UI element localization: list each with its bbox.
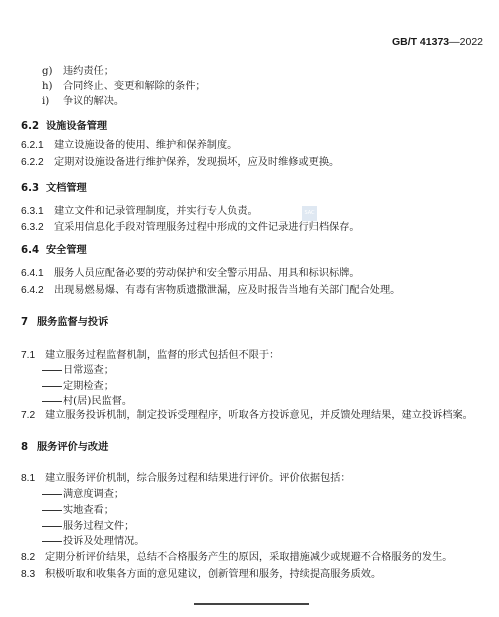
standard-code: GB/T 41373 [392, 36, 449, 48]
clause-number: 6.4.2 [21, 284, 44, 297]
clause-number: 6.2.1 [21, 139, 44, 152]
dash-list-item: 村(居)民监督。 [42, 395, 132, 408]
standard-year: —2022 [449, 36, 483, 48]
dash-list-item: 实地查看； [42, 504, 114, 517]
sac-watermark: SAC [302, 206, 317, 221]
section-number: 6.4 [21, 244, 39, 257]
chapter-heading: 服务监督与投诉 [37, 316, 108, 329]
clause-text: 出现易燃易爆、有毒有害物质遗撒泄漏，应及时报告当地有关部门配合处理。 [54, 284, 400, 297]
clause-text: 积极听取和收集各方面的意见建议，创新管理和服务，持续提高服务质效。 [45, 568, 381, 581]
clause-number: 8.3 [21, 568, 35, 581]
clause-number: 8.2 [21, 551, 35, 564]
clause-number: 6.4.1 [21, 267, 44, 280]
list-item-text: 合同终止、变更和解除的条件； [63, 80, 206, 93]
dash-list-item: 满意度调查； [42, 488, 124, 501]
list-item-text: 争议的解决。 [63, 95, 124, 108]
standard-number: GB/T 41373—2022 [392, 36, 483, 48]
clause-text: 建立服务评价机制，综合服务过程和结果进行评价。评价依据包括： [45, 472, 351, 485]
clause-text: 定期对设施设备进行维护保养，发现损坏，应及时维修或更换。 [54, 156, 339, 169]
section-heading: 文档管理 [46, 182, 87, 195]
clause-number: 7.2 [21, 409, 35, 422]
section-number: 6.2 [21, 120, 39, 133]
list-item-text: 违约责任； [63, 65, 114, 78]
clause-text: 服务人员应配备必要的劳动保护和安全警示用品、用具和标识标牌。 [54, 267, 360, 280]
dash-list-item: 定期检查； [42, 380, 114, 393]
list-marker: g) [42, 65, 53, 78]
clause-number: 6.3.2 [21, 221, 44, 234]
list-marker: i) [42, 95, 49, 108]
clause-text: 建立设施设备的使用、维护和保养制度。 [54, 139, 237, 152]
clause-number: 8.1 [21, 472, 35, 485]
section-heading: 安全管理 [46, 244, 87, 257]
clause-text: 建立服务投诉机制，制定投诉受理程序，听取各方投诉意见，并反馈处理结果，建立投诉档… [45, 409, 473, 422]
end-rule [194, 603, 309, 605]
dash-list-item: 服务过程文件； [42, 520, 134, 533]
section-heading: 设施设备管理 [46, 120, 107, 133]
dash-list-item: 日常巡查； [42, 364, 114, 377]
chapter-heading: 服务评价与改进 [37, 441, 108, 454]
chapter-number: 7 [21, 316, 28, 329]
document-page: GB/T 41373—2022 g) 违约责任； h) 合同终止、变更和解除的条… [0, 0, 499, 617]
clause-text: 定期分析评价结果，总结不合格服务产生的原因，采取措施减少或规避不合格服务的发生。 [45, 551, 453, 564]
chapter-number: 8 [21, 441, 28, 454]
clause-text: 宜采用信息化手段对管理服务过程中形成的文件记录进行归档保存。 [54, 221, 360, 234]
dash-list-item: 投诉及处理情况。 [42, 535, 145, 548]
clause-text: 建立服务过程监督机制，监督的形式包括但不限于： [45, 349, 279, 362]
clause-text: 建立文件和记录管理制度，并实行专人负责。 [54, 205, 258, 218]
clause-number: 7.1 [21, 349, 35, 362]
clause-number: 6.3.1 [21, 205, 44, 218]
list-marker: h) [42, 80, 53, 93]
clause-number: 6.2.2 [21, 156, 44, 169]
section-number: 6.3 [21, 182, 39, 195]
